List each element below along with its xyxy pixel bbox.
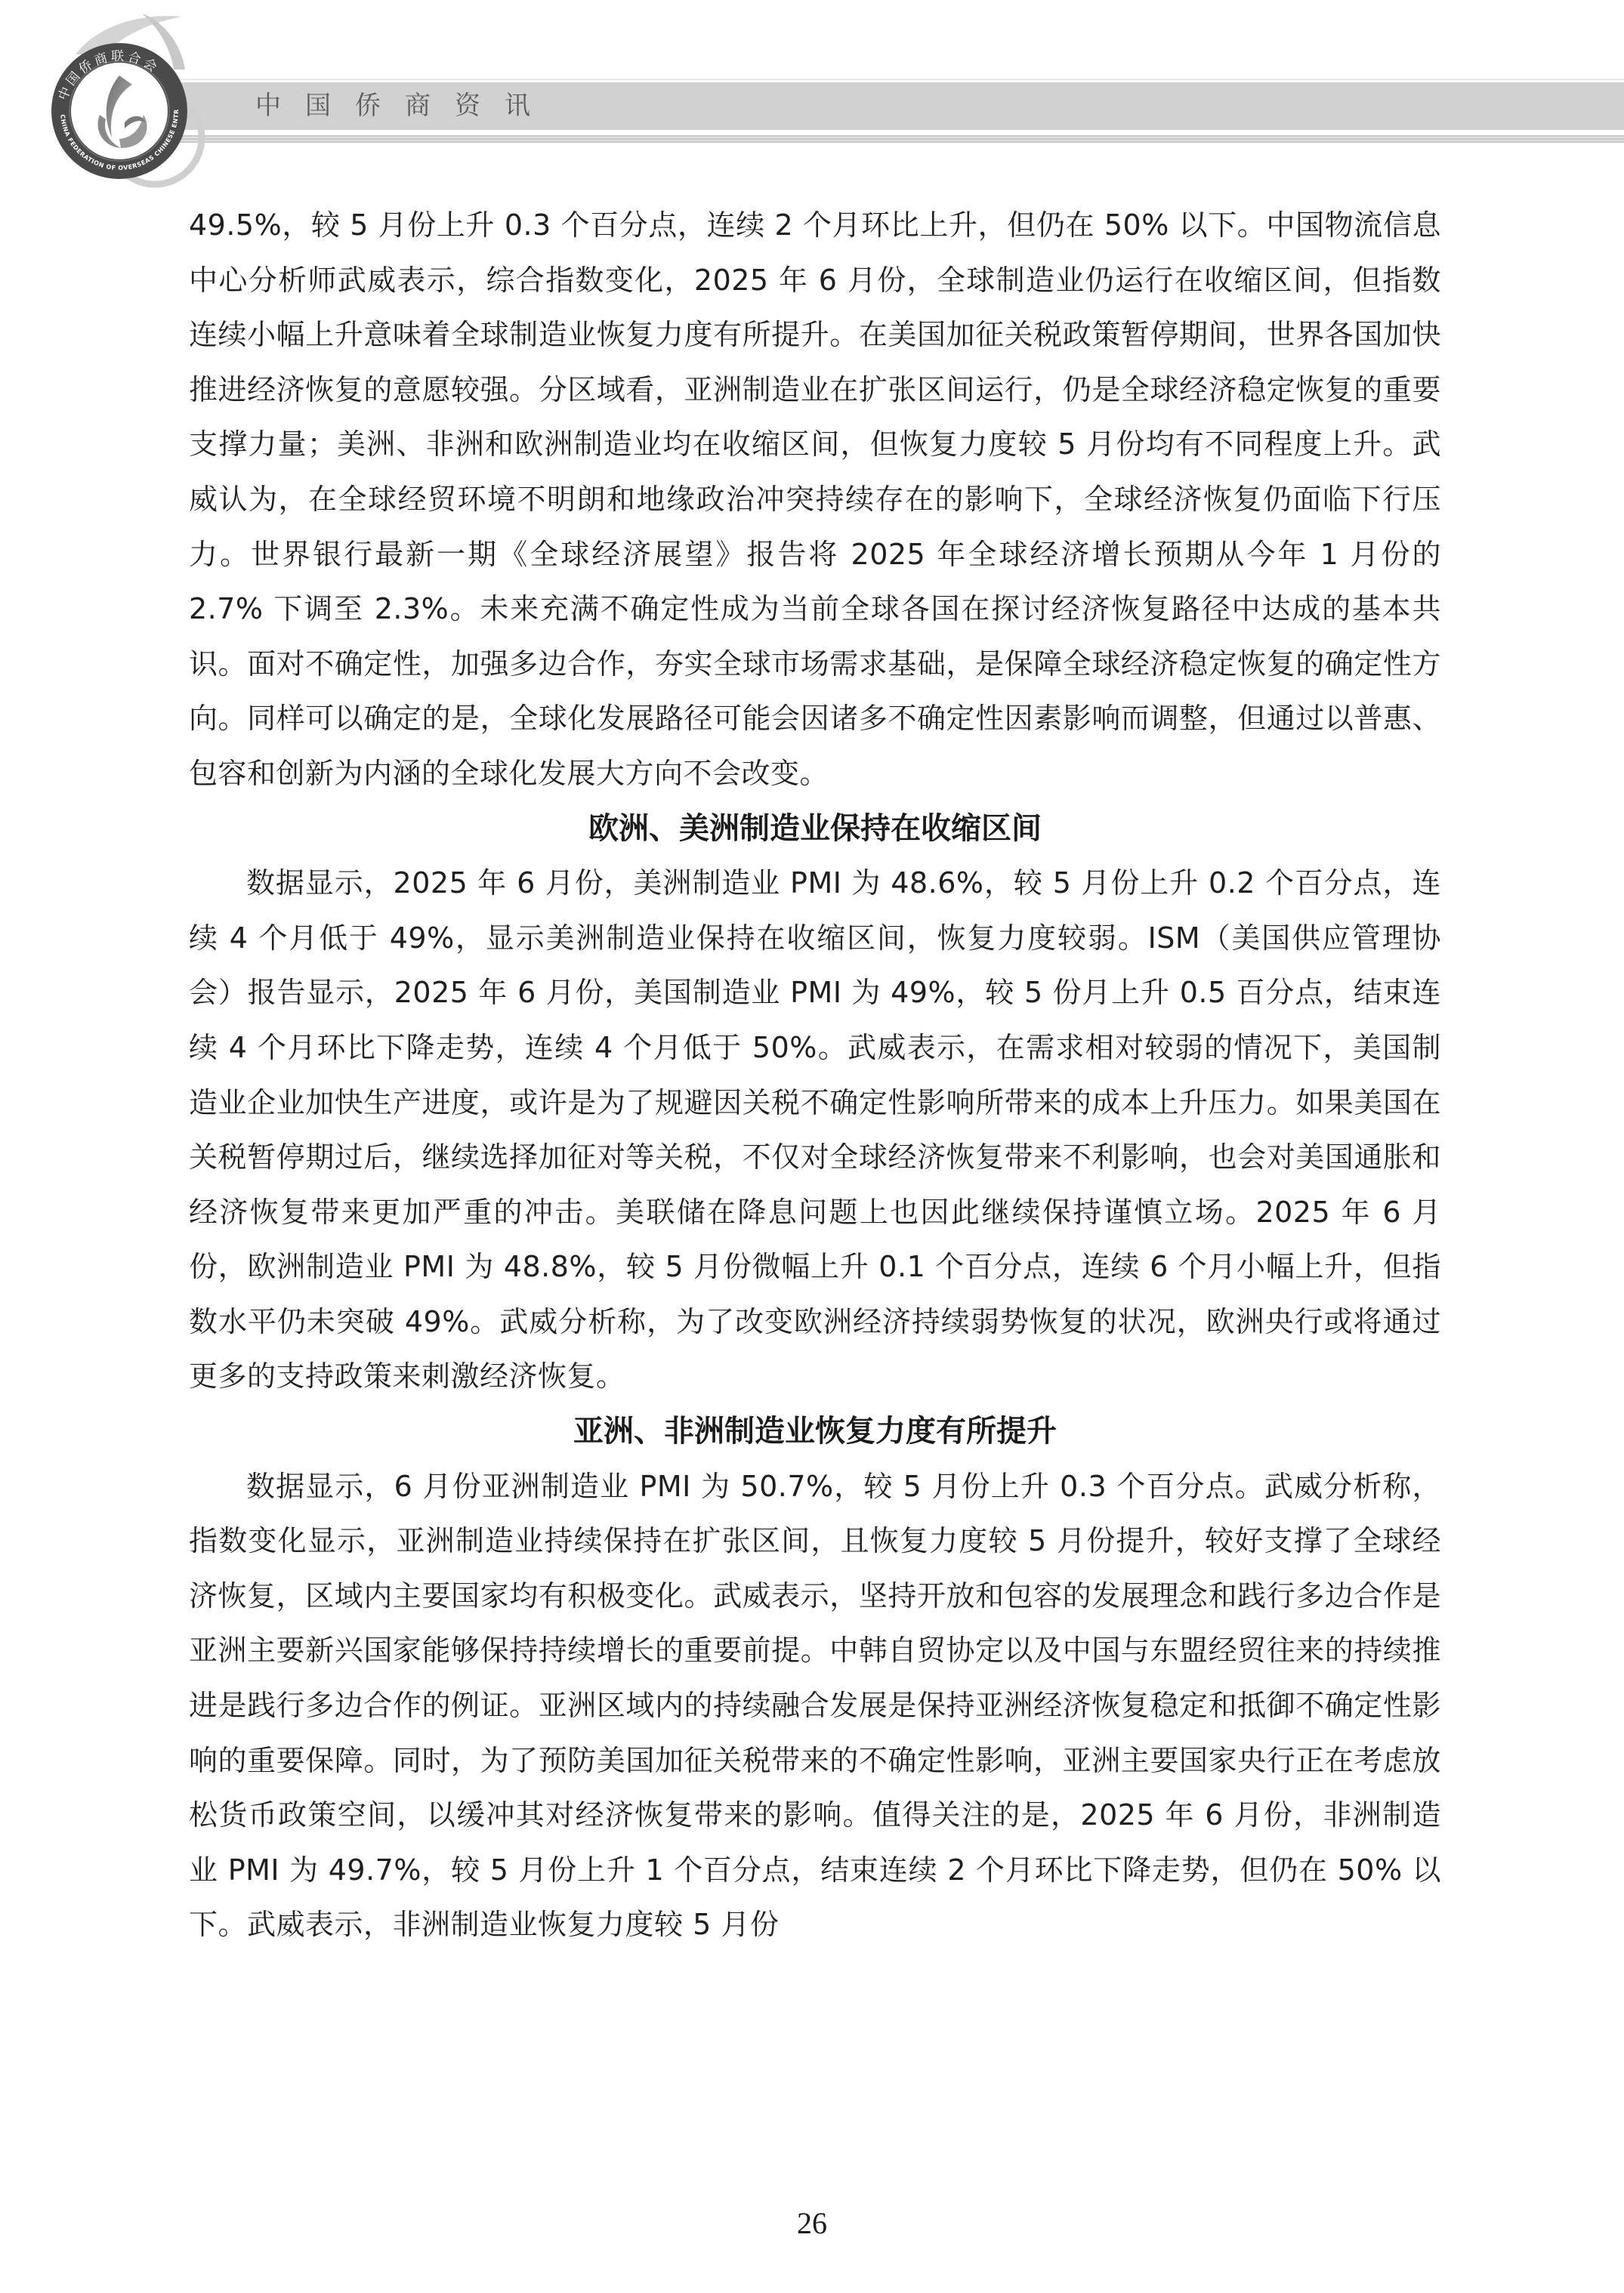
paragraph-europe-americas: 数据显示，2025 年 6 月份，美洲制造业 PMI 为 48.6%，较 5 月… [189, 856, 1441, 1404]
article-body: 49.5%，较 5 月份上升 0.3 个百分点，连续 2 个月环比上升，但仍在 … [189, 198, 1441, 1952]
header-top-line [106, 79, 1624, 80]
paragraph-global-overview: 49.5%，较 5 月份上升 0.3 个百分点，连续 2 个月环比上升，但仍在 … [189, 198, 1441, 801]
publication-title-text: 中国侨商资讯 [255, 91, 554, 121]
section-heading-asia-africa: 亚洲、非洲制造业恢复力度有所提升 [189, 1404, 1441, 1459]
page-number: 26 [0, 2205, 1624, 2241]
section-heading-europe-americas: 欧洲、美洲制造业保持在收缩区间 [189, 801, 1441, 856]
paragraph-asia-africa: 数据显示，6 月份亚洲制造业 PMI 为 50.7%，较 5 月份上升 0.3 … [189, 1459, 1441, 1952]
federation-emblem-icon: 中国侨商联合会 CHINA FEDERATION OF OVERSEAS CHI… [30, 9, 227, 190]
header-rule [106, 135, 1624, 143]
page-header: 中国侨商资讯 中国侨商联合会 CHINA FEDERATION OF OVERS… [0, 0, 1624, 181]
